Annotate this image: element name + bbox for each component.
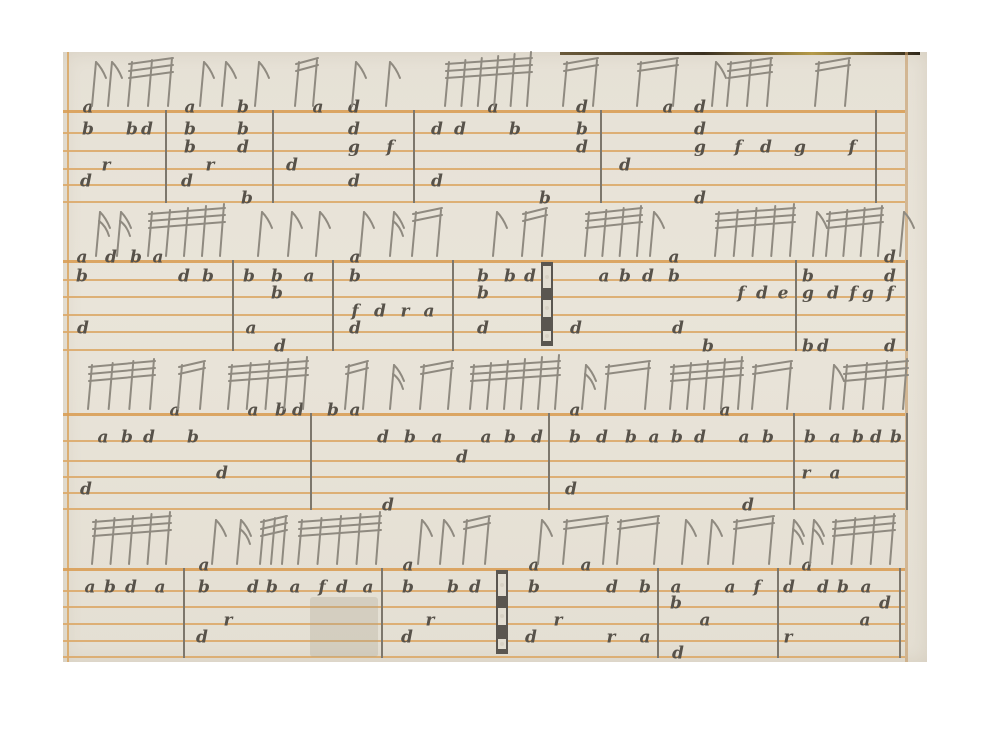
rhythm-flag-icon <box>237 520 251 564</box>
rhythm-flag-icon <box>727 58 772 106</box>
rhythm-flag-icon <box>538 520 552 564</box>
rhythm-flags-layer <box>0 0 984 729</box>
rhythm-flag-icon <box>222 62 236 106</box>
rhythm-flag-icon <box>295 58 318 106</box>
rhythm-flag-icon <box>298 512 381 564</box>
rhythm-flag-icon <box>440 520 454 564</box>
rhythm-flag-icon <box>258 212 272 256</box>
rhythm-flag-icon <box>360 212 374 256</box>
rhythm-flag-icon <box>200 62 214 106</box>
rhythm-flag-icon <box>832 514 895 564</box>
rhythm-flag-icon <box>493 212 507 256</box>
rhythm-flag-icon <box>386 62 400 106</box>
rhythm-flag-icon <box>813 212 827 256</box>
rhythm-flag-icon <box>418 520 432 564</box>
rhythm-flag-icon <box>117 212 131 256</box>
rhythm-flag-icon <box>637 58 678 106</box>
rhythm-flag-icon <box>900 212 914 256</box>
rhythm-flag-icon <box>92 62 106 106</box>
rhythm-flag-icon <box>420 361 453 409</box>
rhythm-flag-icon <box>463 516 490 564</box>
rhythm-flag-icon <box>178 361 205 409</box>
rhythm-flag-icon <box>617 516 659 564</box>
rhythm-flag-icon <box>563 516 608 564</box>
rhythm-flag-icon <box>752 361 792 409</box>
rhythm-flag-icon <box>212 520 226 564</box>
rhythm-flag-icon <box>585 206 642 256</box>
rhythm-flag-icon <box>670 357 743 409</box>
rhythm-flag-icon <box>390 212 404 256</box>
rhythm-flag-icon <box>708 520 722 564</box>
rhythm-flag-icon <box>228 357 308 409</box>
rhythm-flag-icon <box>810 520 824 564</box>
rhythm-flag-icon <box>412 208 442 256</box>
rhythm-flag-icon <box>390 365 404 409</box>
rhythm-flag-icon <box>563 58 598 106</box>
rhythm-flag-icon <box>128 58 173 106</box>
rhythm-flag-icon <box>830 365 844 409</box>
rhythm-flag-icon <box>316 212 330 256</box>
rhythm-flag-icon <box>843 359 908 409</box>
rhythm-flag-icon <box>815 58 850 106</box>
rhythm-flag-icon <box>345 361 368 409</box>
rhythm-flag-icon <box>522 208 547 256</box>
rhythm-flag-icon <box>733 516 774 564</box>
rhythm-flag-icon <box>352 62 366 106</box>
rhythm-flag-icon <box>650 212 664 256</box>
rhythm-flag-icon <box>790 520 804 564</box>
rhythm-flag-icon <box>470 355 560 409</box>
rhythm-flag-icon <box>715 204 795 256</box>
rhythm-flag-icon <box>682 520 696 564</box>
rhythm-flag-icon <box>582 365 596 409</box>
rhythm-flag-icon <box>445 52 532 106</box>
rhythm-flag-icon <box>712 62 726 106</box>
rhythm-flag-icon <box>255 62 269 106</box>
rhythm-flag-icon <box>288 212 302 256</box>
rhythm-flag-icon <box>260 516 287 564</box>
rhythm-flag-icon <box>605 361 650 409</box>
rhythm-flag-icon <box>88 359 155 409</box>
rhythm-flag-icon <box>92 512 171 564</box>
rhythm-flag-icon <box>826 206 883 256</box>
rhythm-flag-icon <box>108 62 122 106</box>
rhythm-flag-icon <box>148 204 225 256</box>
rhythm-flag-icon <box>96 212 110 256</box>
